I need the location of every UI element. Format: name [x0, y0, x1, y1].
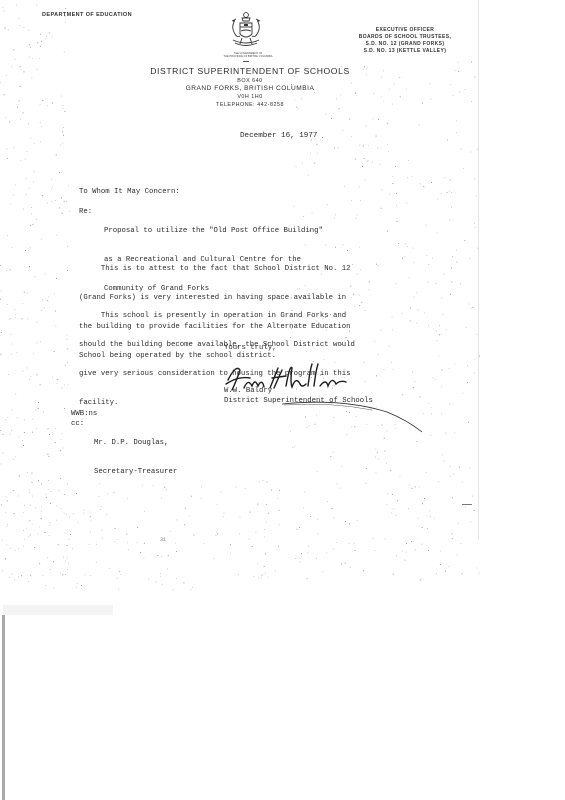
- page-mark: 31: [160, 537, 166, 543]
- scanned-letter-page: DEPARTMENT OF EDUCATION THE GOVERNMENT O…: [0, 0, 565, 800]
- signatory-title: District Superintendent of Schools: [224, 397, 373, 407]
- re-label: Re:: [79, 208, 92, 218]
- executive-officer-block: EXECUTIVE OFFICER BOARDS OF SCHOOL TRUST…: [340, 27, 470, 55]
- letterhead-box: BOX 640: [140, 77, 360, 85]
- cc-label: cc:: [71, 420, 84, 430]
- letterhead: DISTRICT SUPERINTENDENT OF SCHOOLS BOX 6…: [140, 66, 360, 109]
- page-edge-shadow: [478, 0, 479, 540]
- page-edge-shadow: [2, 615, 5, 800]
- letter-date: December 16, 1977: [240, 132, 317, 140]
- department-label: DEPARTMENT OF EDUCATION: [42, 12, 132, 18]
- letterhead-telephone: TELEPHONE: 442-8258: [140, 101, 360, 109]
- typist-initials: WWB:ns: [71, 410, 97, 420]
- salutation: To Whom It May Concern:: [79, 188, 180, 198]
- signatory-name: W.W. Baldry: [224, 387, 272, 397]
- cc-recipient: Mr. D.P. Douglas, Secretary-Treasurer: [94, 420, 177, 497]
- letterhead-city: GRAND FORKS, BRITISH COLUMBIA: [140, 85, 360, 93]
- letterhead-postal-code: V0H 1H0: [140, 93, 360, 101]
- crest-caption: THE GOVERNMENT OF THE PROVINCE OF BRITIS…: [218, 52, 278, 58]
- coat-of-arms-icon: [228, 10, 264, 52]
- letterhead-title: DISTRICT SUPERINTENDENT OF SCHOOLS: [140, 66, 360, 77]
- divider: [243, 61, 249, 62]
- scan-mark: [462, 504, 472, 505]
- closing: Yours truly,: [224, 344, 277, 354]
- page-edge-shadow: [3, 605, 113, 615]
